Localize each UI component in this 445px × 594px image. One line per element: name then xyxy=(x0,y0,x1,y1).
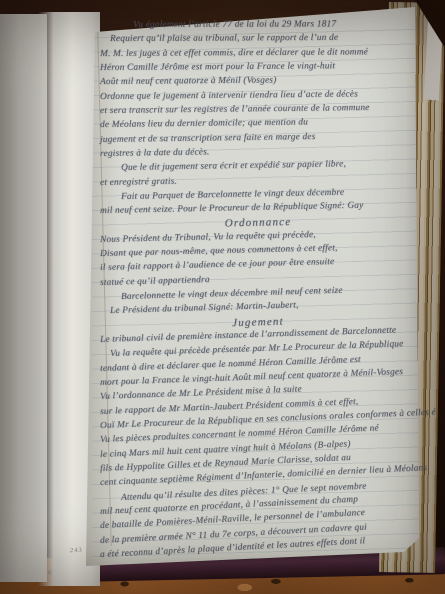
page-number: 243 xyxy=(70,547,83,554)
photo-of-open-register-book: Vu également l’article 77 de la loi du 2… xyxy=(0,0,445,594)
page-curvature-shading xyxy=(78,0,440,594)
right-page xyxy=(78,0,440,594)
